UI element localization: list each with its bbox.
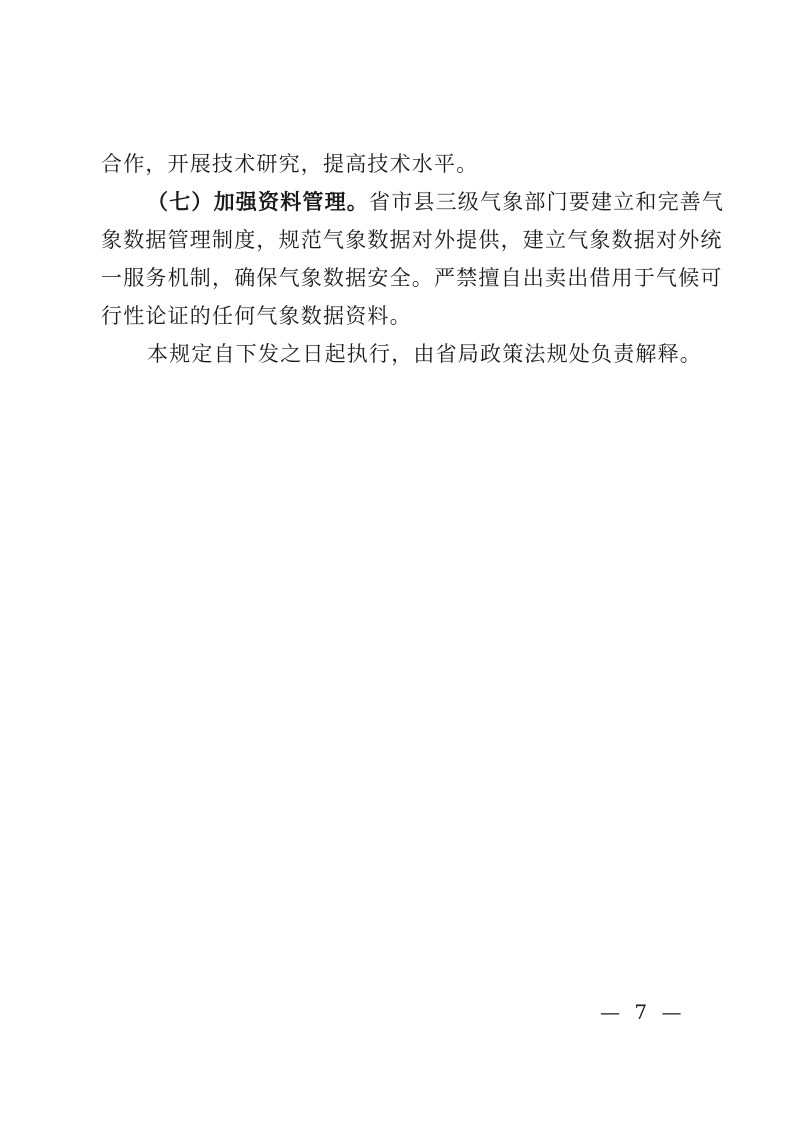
paragraph-line: 象数据管理制度，规范气象数据对外提供，建立气象数据对外统 (101, 221, 697, 259)
document-page: 合作，开展技术研究，提高技术水平。 （七）加强资料管理。省市县三级气象部门要建立… (0, 0, 793, 1122)
document-body: 合作，开展技术研究，提高技术水平。 （七）加强资料管理。省市县三级气象部门要建立… (101, 145, 697, 373)
paragraph-line: 合作，开展技术研究，提高技术水平。 (101, 145, 697, 183)
paragraph-text: 省市县三级气象部门要建立和完善气 (369, 190, 724, 214)
page-number: — 7 — (600, 1000, 685, 1024)
closing-paragraph: 本规定自下发之日起执行，由省局政策法规处负责解释。 (101, 335, 697, 373)
section-heading: （七）加强资料管理。 (147, 189, 369, 214)
section-paragraph-first-line: （七）加强资料管理。省市县三级气象部门要建立和完善气 (101, 183, 697, 221)
paragraph-line: 行性论证的任何气象数据资料。 (101, 297, 697, 335)
paragraph-line: 一服务机制，确保气象数据安全。严禁擅自出卖出借用于气候可 (101, 259, 697, 297)
